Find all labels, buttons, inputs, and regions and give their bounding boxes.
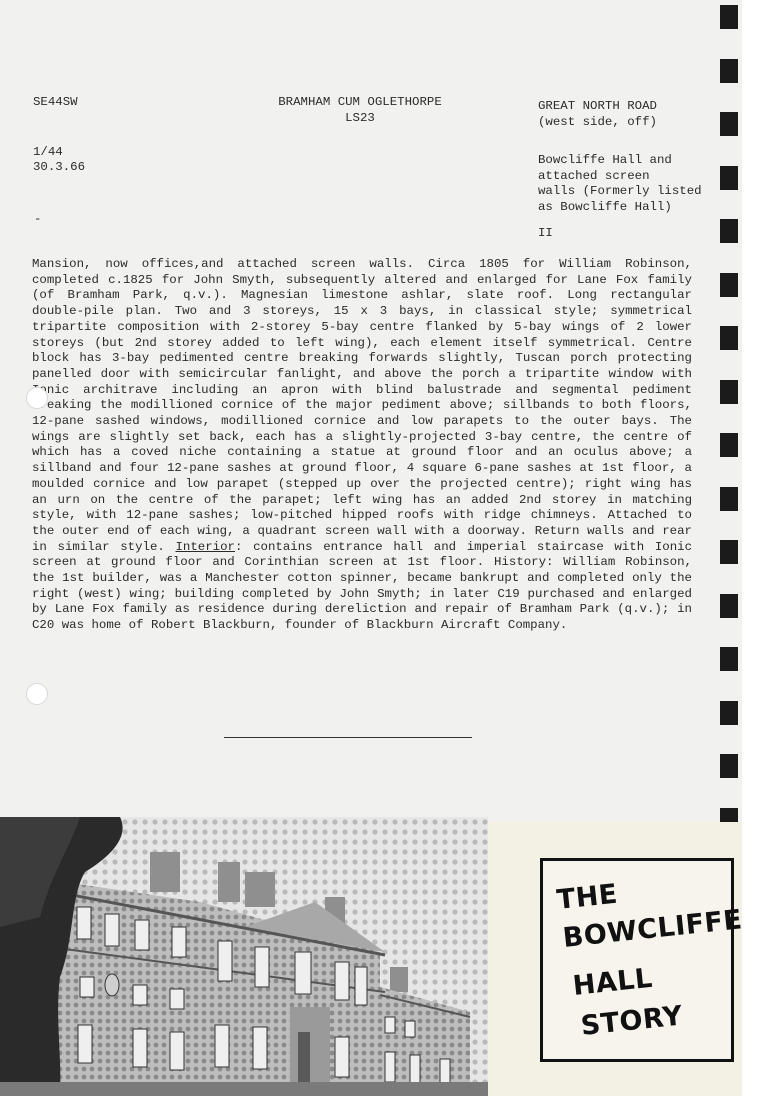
building-name-line: as Bowcliffe Hall) bbox=[538, 200, 728, 216]
punch-hole bbox=[26, 387, 48, 409]
postcode: LS23 bbox=[230, 111, 490, 127]
dash-mark: - bbox=[34, 212, 41, 228]
booklet-title-box: THE BOWCLIFFE HALL STORY bbox=[540, 858, 734, 1062]
map-reference: SE44SW bbox=[33, 95, 85, 111]
binding-hole bbox=[720, 754, 738, 778]
listing-date: 30.3.66 bbox=[33, 160, 85, 176]
binding-hole bbox=[720, 433, 738, 457]
end-divider bbox=[224, 737, 472, 738]
listing-grade: II bbox=[538, 226, 728, 242]
binding-hole bbox=[720, 701, 738, 725]
building-name-line: attached screen bbox=[538, 169, 728, 185]
interior-heading: Interior bbox=[176, 540, 236, 554]
header-right: GREAT NORTH ROAD (west side, off) Bowcli… bbox=[538, 99, 728, 241]
binding-hole bbox=[720, 59, 738, 83]
parish-name: BRAMHAM CUM OGLETHORPE bbox=[230, 95, 490, 111]
header-left: SE44SW 1/44 30.3.66 bbox=[33, 95, 85, 176]
binding-hole bbox=[720, 647, 738, 671]
street-note: (west side, off) bbox=[538, 115, 728, 131]
binding-hole bbox=[720, 594, 738, 618]
description-text: Mansion, now offices,and attached screen… bbox=[32, 257, 692, 634]
list-entry-number: 1/44 bbox=[33, 145, 85, 161]
header-center: BRAMHAM CUM OGLETHORPE LS23 bbox=[230, 95, 490, 126]
binding-hole bbox=[720, 219, 738, 243]
binding-hole bbox=[720, 380, 738, 404]
binding-hole bbox=[720, 112, 738, 136]
building-name-line: Bowcliffe Hall and bbox=[538, 153, 728, 169]
description-intro: Mansion, now offices,and attached screen… bbox=[32, 257, 692, 554]
binding-hole bbox=[720, 166, 738, 190]
booklet-title-line: HALL bbox=[571, 963, 654, 1002]
booklet-title-line: STORY bbox=[579, 1000, 684, 1042]
booklet-cover: THE BOWCLIFFE HALL STORY bbox=[488, 822, 742, 1096]
hall-photo bbox=[0, 817, 488, 1096]
binding-hole bbox=[720, 487, 738, 511]
binding-hole bbox=[720, 273, 738, 297]
punch-hole bbox=[26, 683, 48, 705]
building-photo-illustration bbox=[0, 817, 488, 1096]
binding-hole bbox=[720, 326, 738, 350]
street-name: GREAT NORTH ROAD bbox=[538, 99, 728, 115]
binding-hole bbox=[720, 540, 738, 564]
building-name-line: walls (Formerly listed bbox=[538, 184, 728, 200]
binding-hole bbox=[720, 5, 738, 29]
booklet-title-line: THE bbox=[555, 879, 619, 916]
